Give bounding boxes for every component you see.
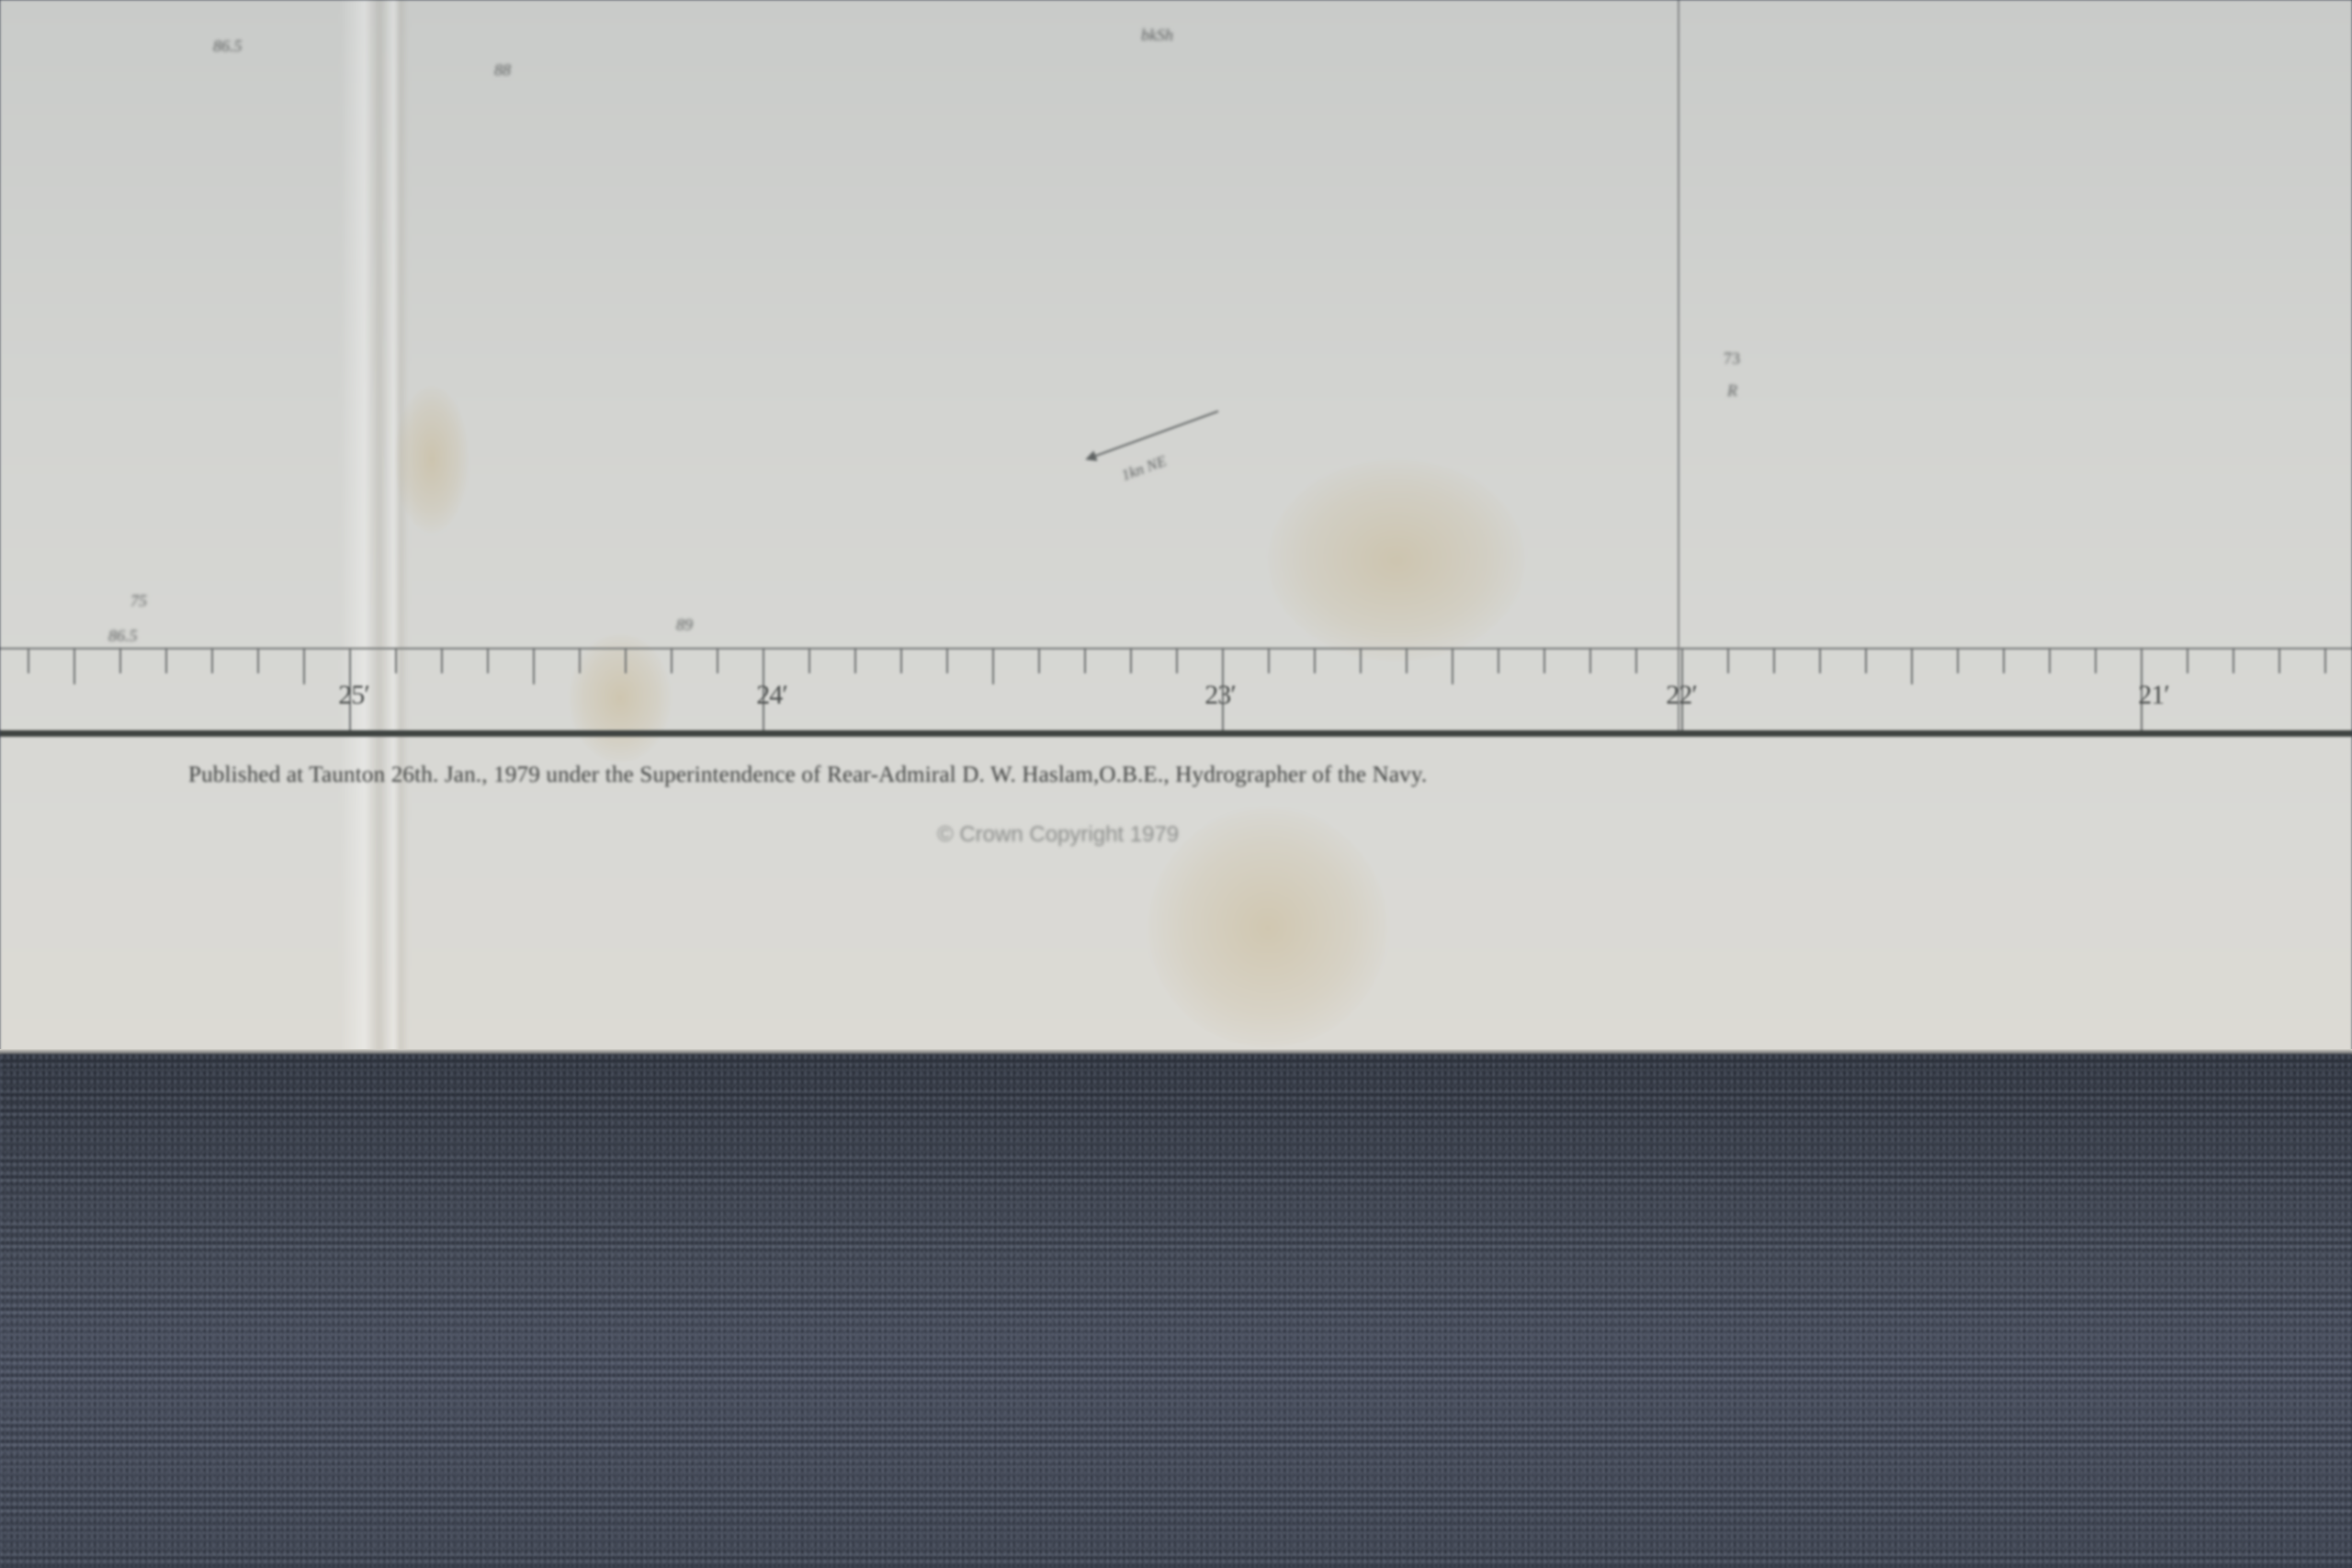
water-stain (1148, 808, 1387, 1047)
longitude-label: 22′ (1666, 680, 1697, 711)
scale-tick (487, 648, 489, 673)
chart-paper: 86.5 88 bkSh 73 R 75 86.5 89 1kn NE 25′ … (0, 0, 2352, 1055)
scale-tick (303, 648, 305, 684)
scale-tick (854, 648, 856, 673)
sounding: 86.5 (108, 626, 138, 646)
sounding: 89 (676, 615, 693, 635)
scale-tick (900, 648, 902, 673)
scale-tick (1268, 648, 1270, 673)
scale-tick (1543, 648, 1545, 673)
longitude-label: 24′ (756, 680, 787, 711)
crown-copyright: © Crown Copyright 1979 (937, 822, 1179, 848)
longitude-label: 25′ (338, 680, 369, 711)
scale-tick (2187, 648, 2188, 673)
scale-tick (1498, 648, 1499, 673)
chart-neatline (0, 730, 2352, 737)
scale-tick (2278, 648, 2280, 673)
scale-tick (1038, 648, 1040, 673)
sounding: 88 (494, 61, 511, 80)
scale-tick (1360, 648, 1362, 673)
sounding: 86.5 (213, 37, 243, 56)
scale-tick (533, 648, 535, 684)
scale-tick (1727, 648, 1729, 673)
paper-fold (381, 0, 409, 1055)
scale-tick (1130, 648, 1132, 673)
scale-tick (579, 648, 581, 673)
scale-tick (808, 648, 810, 673)
longitude-label: 21′ (2138, 680, 2169, 711)
scale-tick (625, 648, 627, 673)
current-label: 1kn NE (1119, 452, 1169, 485)
scale-tick (992, 648, 994, 684)
scale-tick (1773, 648, 1775, 673)
publication-imprint: Published at Taunton 26th. Jan., 1979 un… (188, 762, 2118, 788)
scale-tick (2049, 648, 2051, 673)
scale-tick (2095, 648, 2097, 673)
scale-tick (1452, 648, 1453, 684)
scale-tick (2233, 648, 2234, 673)
scale-tick (28, 648, 29, 673)
scale-tick (1911, 648, 1913, 684)
scale-tick (1314, 648, 1316, 673)
scale-tick (717, 648, 718, 673)
scale-tick (257, 648, 259, 673)
scale-tick (946, 648, 948, 673)
scale-tick (395, 648, 397, 673)
scale-tick (211, 648, 213, 673)
sounding: 75 (130, 592, 147, 611)
scale-tick (119, 648, 121, 673)
carpet-background (0, 1055, 2352, 1568)
longitude-label: 23′ (1204, 680, 1236, 711)
current-arrow-icon (1089, 411, 1219, 459)
scale-tick (1635, 648, 1637, 673)
scale-tick (441, 648, 443, 673)
water-stain (1268, 459, 1525, 661)
scale-tick (1957, 648, 1959, 673)
sounding: bkSh (1141, 26, 1173, 45)
sounding: R (1727, 381, 1737, 400)
water-stain (395, 386, 469, 533)
scale-tick (1819, 648, 1821, 673)
sounding: 73 (1724, 349, 1740, 368)
scale-tick (73, 648, 75, 684)
scale-tick (671, 648, 673, 673)
scale-tick (2003, 648, 2005, 673)
scale-tick (2324, 648, 2326, 673)
scale-tick (1865, 648, 1867, 673)
meridian-line (1678, 0, 1679, 735)
scale-tick (1084, 648, 1086, 673)
scale-tick (165, 648, 167, 673)
scale-tick (1589, 648, 1591, 673)
scale-tick (1406, 648, 1408, 673)
scale-tick (1176, 648, 1178, 673)
